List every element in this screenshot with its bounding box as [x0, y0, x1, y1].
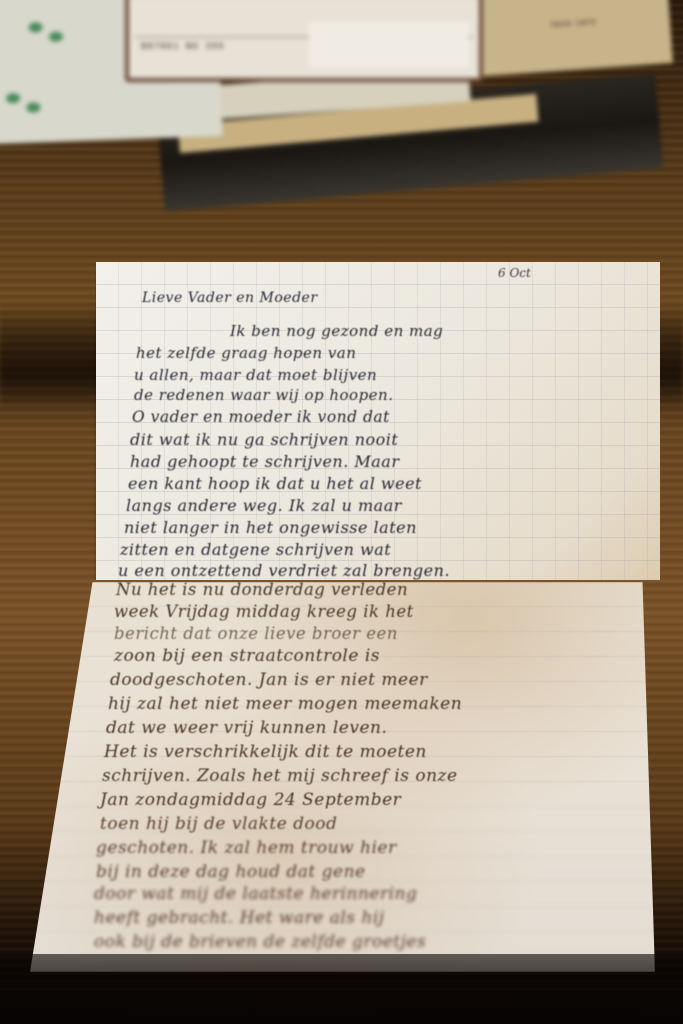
letter-line: doodgeschoten. Jan is er niet meer — [110, 670, 428, 690]
letter-line: door wat mij de laatste herinnering — [94, 884, 417, 904]
identity-card: B07081 NO 399 — [125, 0, 483, 82]
letter-line: week Vrijdag middag kreeg ik het — [114, 602, 414, 621]
letter-line: dat we weer vrij kunnen leven. — [106, 718, 387, 738]
letter-line: geschoten. Ik zal hem trouw hier — [96, 838, 397, 858]
letter-line: toen hij bij de vlakte dood — [100, 814, 337, 834]
letter-line: Het is verschrikkelijk dit te moeten — [104, 742, 427, 762]
letter-line: schrijven. Zoals het mij schreef is onze — [102, 766, 458, 786]
salutation: Lieve Vader en Moeder — [142, 290, 318, 306]
foreground-shadow — [0, 954, 683, 1024]
letter-line: zitten en datgene schrijven wat — [120, 540, 391, 559]
letter-line: O vader en moeder ik vond dat — [132, 408, 390, 426]
letter-line: heeft gebracht. Het ware als hij — [94, 908, 385, 928]
tan-card-text: TRAIN CARTE — [550, 18, 597, 29]
letter-line: hij zal het niet meer mogen meemaken — [108, 694, 462, 714]
letter-line: het zelfde graag hopen van — [136, 344, 356, 362]
tan-card: TRAIN CARTE — [467, 0, 673, 77]
letter-line: ook bij de brieven de zelfde groetjes — [94, 932, 426, 952]
letter-line: Jan zondagmiddag 24 September — [100, 790, 401, 810]
letter-line: langs andere weg. Ik zal u maar — [126, 496, 402, 515]
letter-date: 6 Oct — [498, 266, 531, 280]
background-documents: TRAIN CARTE B07081 NO 399 — [0, 0, 683, 200]
letter-line: de redenen waar wij op hoopen. — [134, 386, 394, 404]
letter-line: u een ontzettend verdriet zal brengen. — [118, 561, 450, 580]
letter-line: een kant hoop ik dat u het al weet — [128, 474, 422, 493]
letter-line: Nu het is nu donderdag verleden — [116, 580, 408, 599]
identity-card-text: B07081 NO 399 — [141, 42, 224, 52]
letter-line: bij in deze dag houd dat gene — [96, 862, 366, 882]
letter-line: had gehoopt te schrijven. Maar — [130, 452, 400, 471]
letter-line: dit wat ik nu ga schrijven nooit — [130, 430, 398, 449]
handwritten-letter: 6 Oct Lieve Vader en Moeder Ik ben nog g… — [30, 262, 655, 972]
letter-line: niet langer in het ongewisse laten — [124, 518, 417, 537]
letter-line: Ik ben nog gezond en mag — [230, 322, 443, 340]
letter-line: zoon bij een straatcontrole is — [114, 646, 380, 666]
letter-line: bericht dat onze lieve broer een — [114, 624, 398, 643]
letter-line: u allen, maar dat moet blijven — [134, 366, 377, 384]
